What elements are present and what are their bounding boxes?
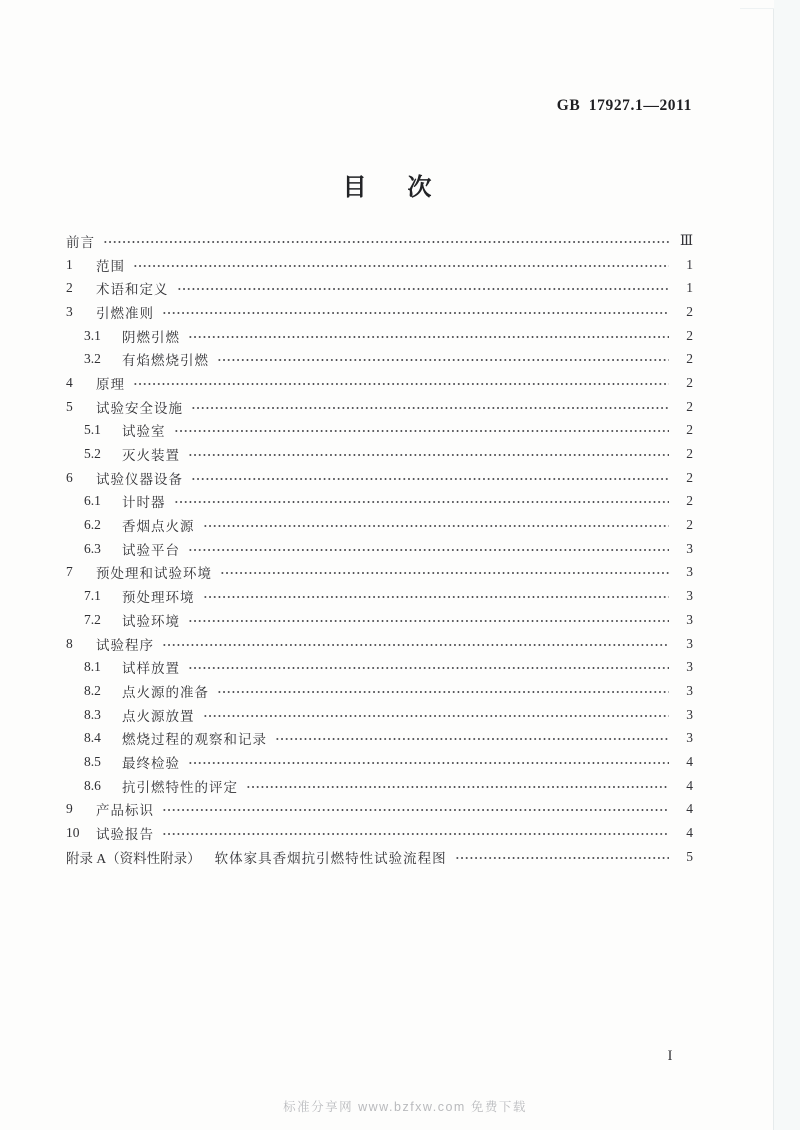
toc-entry-number: 附录 A（资料性附录）	[66, 847, 201, 867]
toc-row: 7.1 预处理环境 3	[66, 584, 693, 608]
toc-entry-title: 最终检验	[122, 752, 180, 772]
toc-entry-page: 4	[677, 801, 693, 817]
toc-entry-number: 8.2	[84, 683, 112, 699]
toc-entry-number: 6.1	[84, 493, 112, 509]
toc-entry-number: 5.2	[84, 446, 112, 462]
toc-entry-page: 2	[677, 399, 693, 415]
toc-leader-dots	[188, 615, 669, 627]
toc-entry-number: 8.3	[84, 707, 112, 723]
toc-leader-dots	[203, 591, 670, 603]
toc-entry-title: 燃烧过程的观察和记录	[122, 728, 267, 748]
toc-entry-number: 8.5	[84, 754, 112, 770]
toc-entry-page: 3	[677, 541, 693, 557]
toc-entry-title: 抗引燃特性的评定	[122, 776, 238, 796]
toc-leader-dots	[188, 331, 669, 343]
toc-entry-page: 3	[677, 707, 693, 723]
toc-entry-page: 3	[677, 636, 693, 652]
toc-leader-dots	[188, 662, 669, 674]
toc-entry-title: 范围	[96, 255, 125, 275]
toc-entry-title: 点火源的准备	[122, 681, 209, 701]
toc-entry-number: 4	[66, 375, 86, 391]
toc-entry-title: 产品标识	[96, 799, 154, 819]
toc-leader-dots	[191, 473, 669, 485]
toc-leader-dots	[217, 686, 669, 698]
standard-code: GB 17927.1—2011	[557, 97, 692, 115]
toc-entry-number: 6.2	[84, 517, 112, 533]
toc-leader-dots	[162, 804, 669, 816]
toc-row: 2 术语和定义 1	[66, 276, 693, 300]
toc-leader-dots	[246, 781, 669, 793]
toc-entry-page: 2	[677, 304, 693, 320]
toc-leader-dots	[174, 496, 670, 508]
toc-entry-number: 3.1	[84, 328, 112, 344]
toc-row: 8.3 点火源放置 3	[66, 703, 693, 727]
toc-leader-dots	[177, 283, 670, 295]
toc-entry-title: 点火源放置	[122, 705, 195, 725]
toc-entry-page: 1	[677, 257, 693, 273]
toc-entry-page: Ⅲ	[677, 233, 693, 249]
toc-row: 6 试验仪器设备 2	[66, 466, 693, 490]
toc-leader-dots	[275, 733, 669, 745]
toc-entry-page: 3	[677, 564, 693, 580]
toc-entry-number: 7.1	[84, 588, 112, 604]
scan-page-edge-strip	[774, 0, 800, 1130]
toc-leader-dots	[162, 639, 669, 651]
toc-leader-dots	[162, 828, 669, 840]
page-title: 目 次	[0, 167, 774, 202]
toc-leader-dots	[203, 520, 670, 532]
folio-page-number: I	[660, 1048, 680, 1065]
toc-row: 8 试验程序 3	[66, 632, 693, 656]
toc-entry-title: 试验室	[122, 420, 166, 440]
toc-row: 附录 A（资料性附录） 软体家具香烟抗引燃特性试验流程图 5	[66, 845, 693, 869]
toc-entry-number: 8.4	[84, 730, 112, 746]
toc-leader-dots	[133, 260, 669, 272]
toc-leader-dots	[188, 544, 669, 556]
toc-entry-page: 3	[677, 612, 693, 628]
toc-leader-dots	[162, 307, 669, 319]
toc-row: 7.2 试验环境 3	[66, 608, 693, 632]
toc-entry-page: 2	[677, 375, 693, 391]
toc-leader-dots	[174, 425, 670, 437]
toc-leader-dots	[188, 757, 669, 769]
toc-entry-page: 2	[677, 493, 693, 509]
toc-entry-title: 软体家具香烟抗引燃特性试验流程图	[215, 847, 447, 867]
toc-entry-title: 术语和定义	[96, 278, 169, 298]
toc-entry-title: 试验环境	[122, 610, 180, 630]
toc-entry-title: 引燃准则	[96, 302, 154, 322]
toc-row: 前言 Ⅲ	[66, 229, 693, 253]
toc-entry-number: 8	[66, 636, 86, 652]
toc-entry-title: 香烟点火源	[122, 515, 195, 535]
toc-entry-page: 4	[677, 778, 693, 794]
toc-entry-title: 试验报告	[96, 823, 154, 843]
toc-entry-page: 3	[677, 730, 693, 746]
toc-leader-dots	[191, 402, 669, 414]
toc-row: 4 原理 2	[66, 371, 693, 395]
toc-row: 6.1 计时器 2	[66, 490, 693, 514]
toc-row: 8.2 点火源的准备 3	[66, 679, 693, 703]
toc-entry-page: 4	[677, 754, 693, 770]
toc-entry-title: 试样放置	[122, 657, 180, 677]
toc-leader-dots	[220, 567, 669, 579]
toc-leader-dots	[217, 354, 669, 366]
toc-entry-title: 试验程序	[96, 634, 154, 654]
toc-entry-page: 2	[677, 470, 693, 486]
toc-entry-title: 有焰燃烧引燃	[122, 349, 209, 369]
toc-entry-title: 灭火装置	[122, 444, 180, 464]
scan-page-edge-top	[740, 8, 774, 9]
toc-leader-dots	[203, 710, 670, 722]
toc-entry-number: 5	[66, 399, 86, 415]
toc-row: 3.2 有焰燃烧引燃 2	[66, 347, 693, 371]
toc-row: 5.1 试验室 2	[66, 419, 693, 443]
toc-entry-title: 试验仪器设备	[96, 468, 183, 488]
toc-row: 10 试验报告 4	[66, 821, 693, 845]
watermark-text: 标准分享网 www.bzfxw.com 免费下载	[5, 1097, 800, 1115]
toc-entry-page: 3	[677, 659, 693, 675]
toc-entry-page: 3	[677, 588, 693, 604]
toc-entry-title: 试验安全设施	[96, 397, 183, 417]
toc-entry-title: 预处理和试验环境	[96, 562, 212, 582]
toc-entry-title: 原理	[96, 373, 125, 393]
toc-entry-number: 8.6	[84, 778, 112, 794]
toc-leader-dots	[188, 449, 669, 461]
toc-entry-title: 预处理环境	[122, 586, 195, 606]
toc-entry-number: 5.1	[84, 422, 112, 438]
toc-entry-title: 试验平台	[122, 539, 180, 559]
toc-row: 3 引燃准则 2	[66, 300, 693, 324]
toc-row: 6.3 试验平台 3	[66, 537, 693, 561]
toc-row: 1 范围 1	[66, 253, 693, 277]
toc-entry-number: 9	[66, 801, 86, 817]
toc-row: 6.2 香烟点火源 2	[66, 513, 693, 537]
toc-row: 3.1 阴燃引燃 2	[66, 324, 693, 348]
toc-entry-number: 8.1	[84, 659, 112, 675]
toc-entry-page: 2	[677, 351, 693, 367]
toc-entry-page: 2	[677, 422, 693, 438]
toc-entry-number: 6.3	[84, 541, 112, 557]
toc-entry-page: 4	[677, 825, 693, 841]
toc-entry-number: 1	[66, 257, 86, 273]
toc-entry-number: 10	[66, 825, 86, 841]
toc-entry-page: 2	[677, 446, 693, 462]
toc-row: 7 预处理和试验环境 3	[66, 561, 693, 585]
toc-entry-title: 阴燃引燃	[122, 326, 180, 346]
toc-row: 5 试验安全设施 2	[66, 395, 693, 419]
toc-entry-number: 7.2	[84, 612, 112, 628]
toc-row: 8.5 最终检验 4	[66, 750, 693, 774]
toc-row: 8.4 燃烧过程的观察和记录 3	[66, 726, 693, 750]
toc-entry-number: 3.2	[84, 351, 112, 367]
toc-entry-number: 2	[66, 280, 86, 296]
toc-row: 5.2 灭火装置 2	[66, 442, 693, 466]
toc-leader-dots	[133, 378, 669, 390]
toc-entry-page: 3	[677, 683, 693, 699]
toc-entry-page: 1	[677, 280, 693, 296]
toc-entry-page: 2	[677, 328, 693, 344]
toc-row: 9 产品标识 4	[66, 798, 693, 822]
toc-row: 8.6 抗引燃特性的评定 4	[66, 774, 693, 798]
toc-entry-number: 6	[66, 470, 86, 486]
toc-leader-dots	[455, 852, 669, 864]
toc-entry-page: 5	[677, 849, 693, 865]
toc-entry-number: 3	[66, 304, 86, 320]
toc-list: 前言 Ⅲ 1 范围 1 2 术语和定义 1 3 引燃准则 2 3.1 阴燃引燃 …	[66, 229, 693, 869]
toc-row: 8.1 试样放置 3	[66, 655, 693, 679]
toc-leader-dots	[103, 236, 669, 248]
toc-entry-number: 7	[66, 564, 86, 580]
toc-entry-title: 前言	[66, 231, 95, 251]
toc-entry-title: 计时器	[122, 491, 166, 511]
toc-entry-page: 2	[677, 517, 693, 533]
